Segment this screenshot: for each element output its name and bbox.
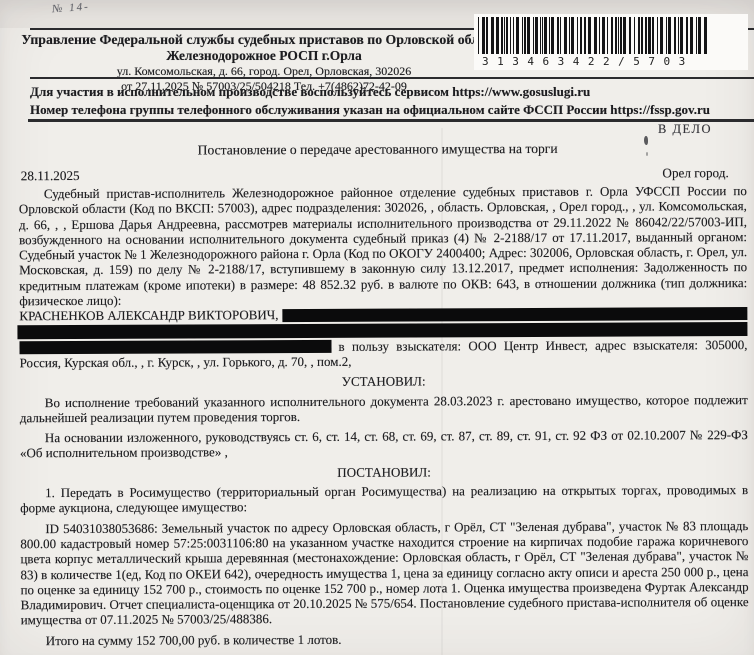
total-line: Итого на сумму 152 700,00 руб. в количес… bbox=[21, 630, 749, 648]
document-title: Постановление о передаче арестованного и… bbox=[1, 140, 754, 159]
postanovil-heading: ПОСТАНОВИЛ: bbox=[20, 463, 748, 481]
document-place: Орел город. bbox=[662, 165, 728, 181]
intro-paragraph: Судебный пристав-исполнитель Железнодоро… bbox=[19, 183, 748, 309]
property-description: ID 54031038053686: Земельный участок по … bbox=[20, 518, 748, 628]
legal-basis-paragraph: На основании изложенного, руководствуясь… bbox=[20, 427, 748, 461]
document-body: Судебный пристав-исполнитель Железнодоро… bbox=[19, 183, 749, 648]
claimant-paragraph: в пользу взыскателя: ООО Центр Инвест, а… bbox=[19, 337, 747, 371]
debtor-name: КРАСНЕНКОВ АЛЕКСАНДР ВИКТОРОВИЧ, bbox=[19, 307, 278, 323]
redaction-bar-3 bbox=[19, 340, 331, 354]
redaction-bar-1 bbox=[282, 307, 747, 322]
debtor-line: КРАСНЕНКОВ АЛЕКСАНДР ВИКТОРОВИЧ, bbox=[19, 305, 747, 323]
document-date: 28.11.2025 bbox=[21, 168, 80, 184]
order-item-1: 1. Передать в Росимущество (территориаль… bbox=[20, 482, 748, 516]
scanned-document-page: № 14- Управление Федеральной службы суде… bbox=[0, 0, 754, 655]
ustanovil-heading: УСТАНОВИЛ: bbox=[20, 372, 748, 390]
date-place-row: 28.11.2025 Орел город. bbox=[21, 165, 729, 184]
established-paragraph: Во исполнение требований указанного испо… bbox=[20, 392, 748, 426]
